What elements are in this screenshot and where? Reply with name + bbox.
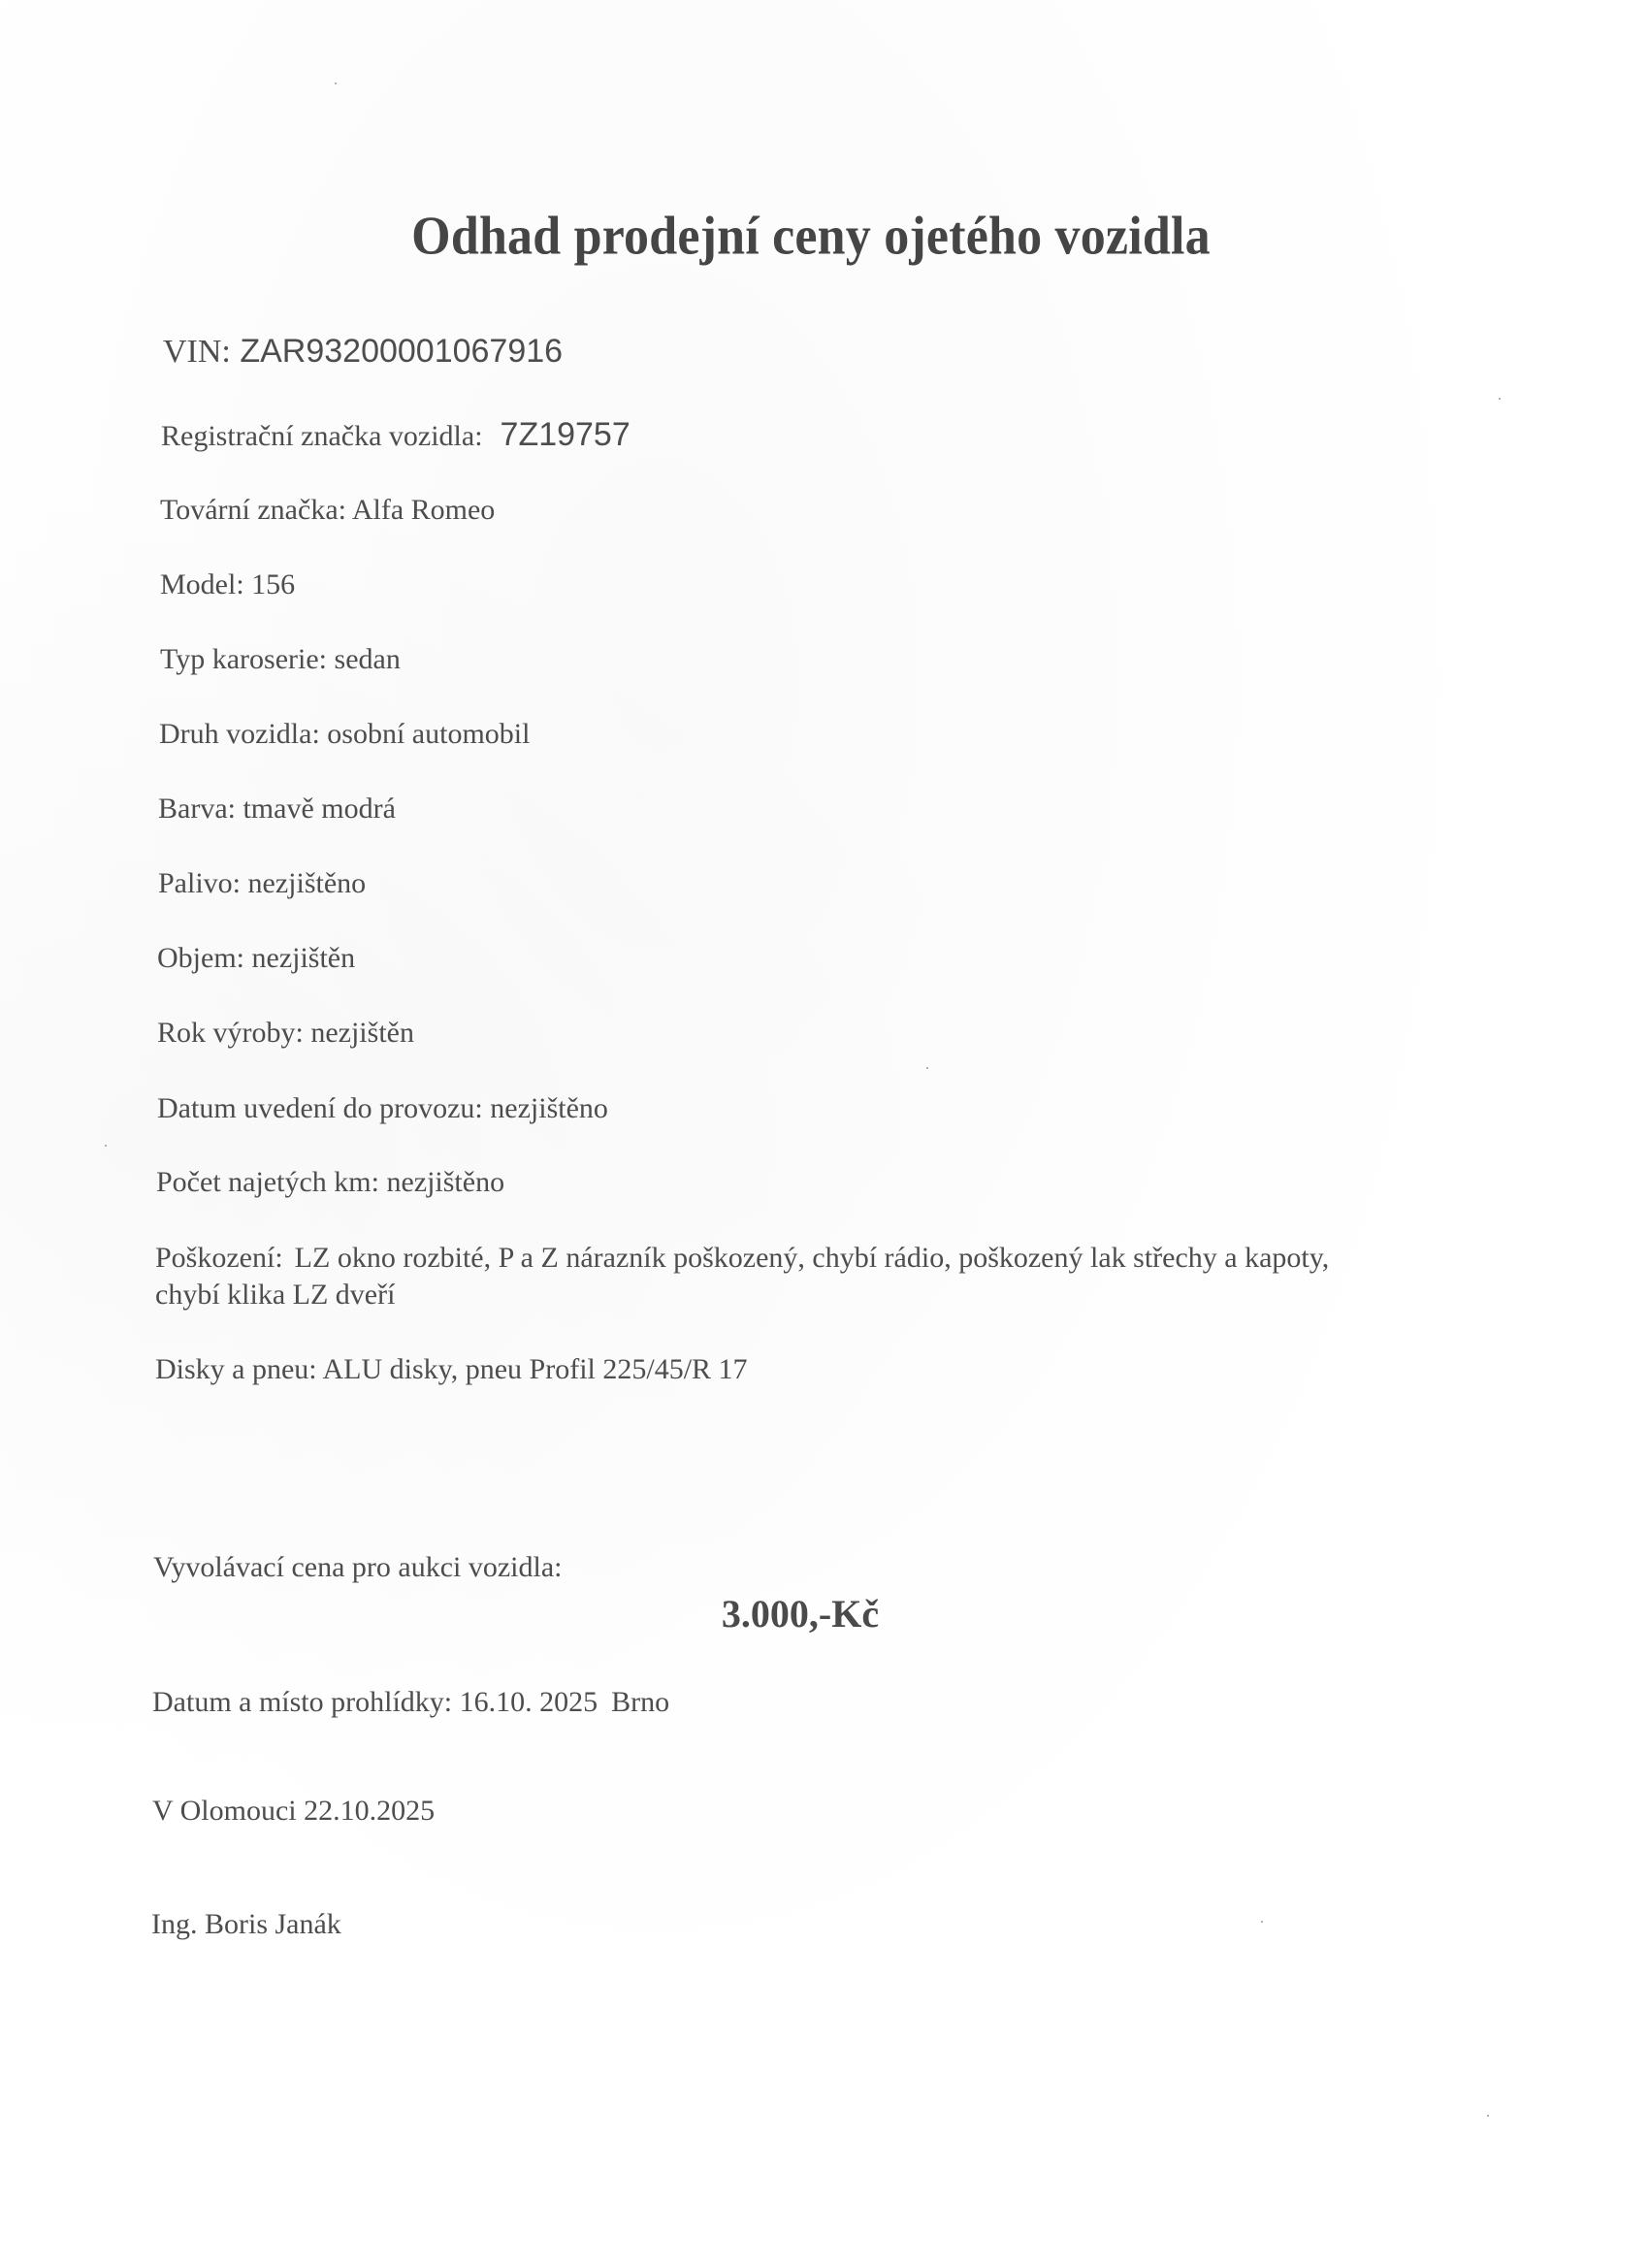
field-value: sedan [335,643,401,675]
field-value: 156 [251,568,295,600]
damage-label: Poškození: [155,1242,283,1274]
inspection-label: Datum a místo prohlídky: [152,1686,452,1718]
damage-value: LZ okno rozbité, P a Z nárazník poškozen… [155,1242,1329,1311]
field-value: tmavě modrá [242,793,395,825]
vin-label: VIN: [163,334,231,370]
field-label: Typ karoserie: [160,643,327,675]
field-model: Model: 156 [160,567,295,602]
registration-value: 7Z19757 [501,416,630,453]
field-body-type: Typ karoserie: sedan [160,642,401,677]
field-label: Druh vozidla: [159,718,320,750]
auction-price-label: Vyvolávací cena pro aukci vozidla: [153,1550,563,1585]
vin-value: ZAR93200001067916 [240,333,563,370]
place-and-date: V Olomouci 22.10.2025 [152,1794,435,1829]
signature-name: Ing. Boris Janák [151,1907,341,1942]
field-fuel: Palivo: nezjištěno [158,866,366,901]
damage-paragraph: Poškození:LZ okno rozbité, P a Z nárazní… [155,1240,1377,1313]
field-label: Tovární značka: [160,494,346,526]
scan-speck [1499,398,1501,400]
field-value: nezjištěno [490,1092,608,1124]
field-color: Barva: tmavě modrá [158,792,396,826]
field-wheels-tires: Disky a pneu: ALU disky, pneu Profil 225… [155,1352,748,1387]
field-label: Model: [160,568,244,600]
field-engine-volume: Objem: nezjištěn [157,941,355,976]
field-label: Počet najetých km: [156,1166,379,1198]
scan-speck [926,1067,928,1069]
field-label: Datum uvedení do provozu: [157,1092,483,1124]
field-label: Palivo: [158,867,241,899]
document-title: Odhad prodejní ceny ojetého vozidla [0,206,1635,268]
scan-speck [335,82,337,84]
registration-label: Registrační značka vozidla: [161,420,483,452]
field-production-year: Rok výroby: nezjištěn [157,1016,414,1051]
scan-speck [1261,1921,1263,1923]
field-vehicle-kind: Druh vozidla: osobní automobil [159,717,530,752]
registration-line: Registrační značka vozidla:7Z19757 [161,417,630,454]
field-value: nezjištěn [252,942,356,974]
vin-line: VIN: ZAR93200001067916 [163,334,563,370]
field-label: Rok výroby: [157,1017,304,1049]
inspection-date: 16.10. 2025 [460,1686,598,1718]
inspection-place: Brno [611,1686,669,1718]
scanned-page: Odhad prodejní ceny ojetého vozidla VIN:… [0,0,1649,2268]
field-label: Barva: [158,793,236,825]
field-value: osobní automobil [327,718,530,750]
scan-speck [105,1145,107,1147]
field-label: Disky a pneu: [155,1353,317,1385]
field-label: Objem: [157,942,244,974]
field-value: ALU disky, pneu Profil 225/45/R 17 [323,1353,748,1385]
field-value: nezjištěn [310,1017,414,1049]
scan-speck [1487,2115,1489,2117]
field-value: nezjištěno [386,1166,504,1198]
inspection-line: Datum a místo prohlídky: 16.10. 2025Brno [152,1685,669,1720]
auction-price-value: 3.000,-Kč [0,1591,1625,1636]
field-first-registration: Datum uvedení do provozu: nezjištěno [157,1091,608,1126]
field-manufacturer: Tovární značka: Alfa Romeo [160,493,495,528]
field-value: nezjištěno [248,867,367,899]
field-value: Alfa Romeo [352,494,495,526]
field-mileage: Počet najetých km: nezjištěno [156,1165,504,1200]
